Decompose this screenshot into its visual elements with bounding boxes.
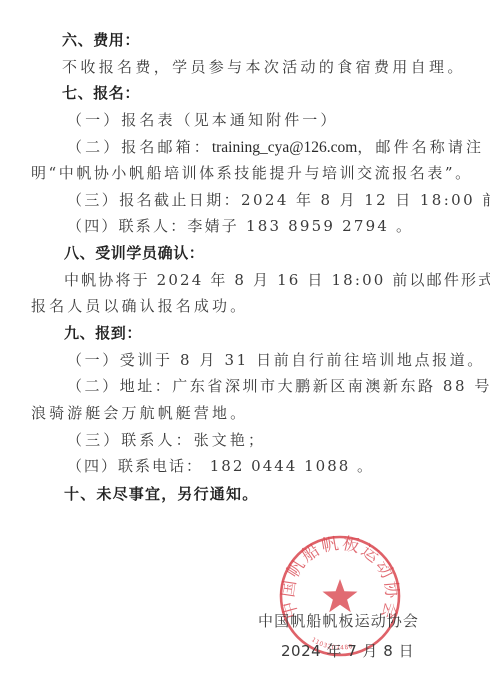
registration-item-deadline: （三）报名截止日期：2024 年 8 月 12 日 18:00 前； (67, 187, 447, 213)
section-heading-closing: 十、未尽事宜，另行通知。 (64, 481, 476, 507)
checkin-item-contact: （三）联系人：张文艳； (67, 427, 447, 453)
registration-item-email-line2: 明“中帆协小帆船培训体系技能提升与培训交流报名表”。 (31, 160, 443, 186)
section-heading-confirmation: 八、受训学员确认： (64, 240, 476, 266)
section-heading-checkin: 九、报到： (64, 320, 476, 346)
fees-paragraph: 不收报名费，学员参与本次活动的食宿费用自理。 (62, 54, 474, 80)
confirmation-paragraph-line2: 报名人员以确认报名成功。 (31, 293, 443, 319)
seal-graphic: 中国帆船帆板运动协会 1103202480 (278, 534, 402, 658)
official-seal: 中国帆船帆板运动协会 1103202480 (278, 534, 402, 658)
registration-item-contact: （四）联系人：李婧子 183 8959 2794 。 (67, 213, 447, 239)
signature-organization: 中国帆船帆板运动协会 (258, 611, 419, 631)
star-icon (323, 579, 358, 612)
checkin-item-arrival: （一）受训于 8 月 31 日前自行前往培训地点报道。 (67, 347, 447, 373)
checkin-item-phone: （四）联系电话： 182 0444 1088 。 (67, 453, 447, 479)
checkin-item-address-line1: （二）地址：广东省深圳市大鹏新区南澳新东路 88 号 (67, 373, 447, 399)
section-heading-fees: 六、费用： (62, 27, 474, 53)
section-heading-registration: 七、报名： (62, 80, 474, 106)
registration-email-link[interactable]: training_cya@126.com (212, 139, 358, 156)
email-suffix: ，邮件名称请注 (357, 138, 484, 156)
document-page: 六、费用： 不收报名费，学员参与本次活动的食宿费用自理。 七、报名： （一）报名… (0, 0, 490, 675)
registration-item-form: （一）报名表（见本通知附件一） (67, 107, 447, 133)
confirmation-paragraph-line1: 中帆协将于 2024 年 8 月 16 日 18:00 前以邮件形式回复 (64, 267, 444, 293)
registration-item-email-line1: （二）报名邮箱：training_cya@126.com，邮件名称请注 (67, 134, 447, 160)
signature-date: 2024 年 7 月 8 日 (281, 641, 414, 661)
checkin-item-address-line2: 浪骑游艇会万航帆艇营地。 (31, 400, 443, 426)
email-label: （二）报名邮箱： (67, 138, 212, 156)
